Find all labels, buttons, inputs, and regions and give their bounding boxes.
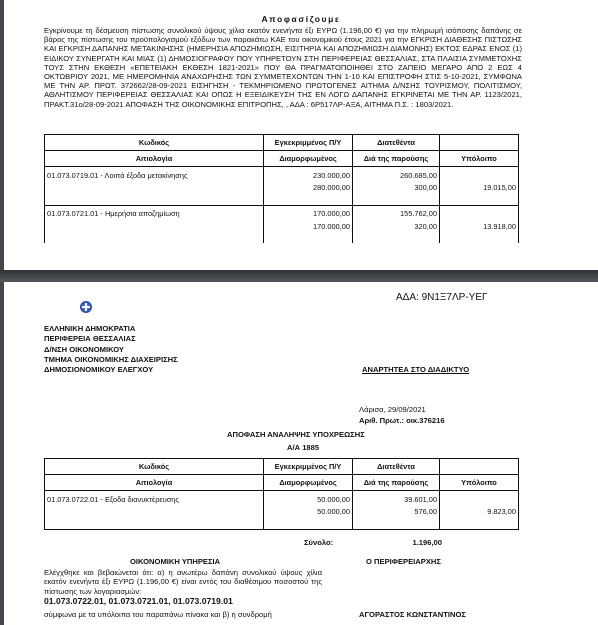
header-approved: Εγκεκριμμένος Π/Υ <box>264 459 353 475</box>
issuing-authority: ΕΛΛΗΝΙΚΗ ΔΗΜΟΚΡΑΤΙΑ ΠΕΡΙΦΕΡΕΙΑ ΘΕΣΣΑΛΙΑΣ… <box>44 324 178 375</box>
cell-empty <box>440 231 519 244</box>
cell-code: 01.073.0719.01 - Λοιπά έξοδα μετακίνησης <box>45 167 264 180</box>
header-shaped: Διαμορφωμένος <box>264 151 353 167</box>
table-header-row: Αιτιολογία Διαμορφωμένος Διά της παρούση… <box>45 475 519 491</box>
cell-remaining: 9.823,00 <box>440 504 519 517</box>
cell-empty <box>264 516 353 529</box>
header-reason: Αιτιολογία <box>45 475 264 491</box>
table-row-spacer <box>45 231 519 244</box>
cell-present: 300,00 <box>353 180 440 193</box>
cell-allocated: 39.601,00 <box>353 491 440 504</box>
cell-code: 01.073.0721.01 - Ημερήσια αποζημίωση <box>45 205 264 218</box>
total-label: Σύνολο: <box>304 538 333 547</box>
authority-line: ΠΕΡΙΦΕΡΕΙΑ ΘΕΣΣΑΛΙΑΣ <box>44 334 178 344</box>
header-allocated: Διατεθέντα <box>353 135 440 151</box>
table-row-spacer <box>45 516 519 529</box>
table-row: 50.000,00 576,00 9.823,00 <box>45 504 519 517</box>
header-code: Κωδικός <box>45 135 264 151</box>
header-present: Διά της παρούσης <box>353 475 440 491</box>
authority-line: ΕΛΛΗΝΙΚΗ ΔΗΜΟΚΡΑΤΙΑ <box>44 324 178 334</box>
table-header-row: Κωδικός Εγκεκριμμένος Π/Υ Διατεθέντα <box>45 135 519 151</box>
page-separator <box>0 270 598 282</box>
finance-service-heading: ΟΙΚΟΝΟΜΙΚΗ ΥΠΗΡΕΣΙΑ <box>130 557 220 566</box>
finance-verification-text-continued: σύμφωνα με τα υπόλοιπα του παραπάνω πίνα… <box>44 610 322 619</box>
cell-approved: 170.000,00 <box>264 205 353 218</box>
cell-empty <box>440 205 519 218</box>
header-present: Διά της παρούσης <box>353 151 440 167</box>
ada-code: ΑΔΑ: 9Ν1Ξ7ΛΡ-ΥΕΓ <box>396 292 488 303</box>
cell-allocated: 155.762,00 <box>353 205 440 218</box>
budget-table-1: Κωδικός Εγκεκριμμένος Π/Υ Διατεθέντα Αιτ… <box>44 134 519 243</box>
cell-empty <box>353 516 440 529</box>
cell-empty <box>264 192 353 205</box>
cell-shaped: 170.000,00 <box>264 218 353 231</box>
header-reason: Αιτιολογία <box>45 151 264 167</box>
cell-empty <box>264 231 353 244</box>
cell-empty <box>45 504 264 517</box>
header-shaped: Διαμορφωμένος <box>264 475 353 491</box>
decision-heading: Αποφασίζουμε <box>4 14 598 24</box>
authority-line: Δ/ΝΣΗ ΟΙΚΟΝΟΜΙΚΟΥ <box>44 345 178 355</box>
header-remaining: Υπόλοιπο <box>440 475 519 491</box>
document-page-1: Αποφασίζουμε Εγκρίνουμε τη δέσμευση πίστ… <box>4 0 598 270</box>
cell-empty <box>45 516 264 529</box>
cell-empty <box>45 231 264 244</box>
header-code: Κωδικός <box>45 459 264 475</box>
cell-empty <box>440 167 519 180</box>
regional-governor-heading: Ο ΠΕΡΙΦΕΡΕΙΑΡΧΗΣ <box>366 557 441 566</box>
cell-empty <box>440 516 519 529</box>
cell-empty <box>440 192 519 205</box>
header-empty <box>440 459 519 475</box>
table-header-row: Αιτιολογία Διαμορφωμένος Διά της παρούση… <box>45 151 519 167</box>
authority-line: ΔΗΜΟΣΙΟΝΟΜΙΚΟΥ ΕΛΕΓΧΟΥ <box>44 365 178 375</box>
total-value: 1.196,00 <box>384 538 442 547</box>
signer-name: ΑΓΟΡΑΣΤΟΣ ΚΩΝΣΤΑΝΤΙΝΟΣ <box>359 610 466 619</box>
header-allocated: Διατεθέντα <box>353 459 440 475</box>
cell-present: 576,00 <box>353 504 440 517</box>
document-page-2: ΑΔΑ: 9Ν1Ξ7ΛΡ-ΥΕΓ ΕΛΛΗΝΙΚΗ ΔΗΜΟΚΡΑΤΙΑ ΠΕΡ… <box>4 282 598 625</box>
decision-title: ΑΠΟΦΑΣΗ ΑΝΑΛΗΨΗΣ ΥΠΟΧΡΕΩΣΗΣ <box>227 430 365 439</box>
cell-shaped: 50.000,00 <box>264 504 353 517</box>
cell-empty <box>440 491 519 504</box>
cell-shaped: 280.000,00 <box>264 180 353 193</box>
cell-code: 01.073.0722.01 - Εξοδα διανυκτέρευσης <box>45 491 264 504</box>
account-codes: 01.073.0722.01, 01.073.0721.01, 01.073.0… <box>44 596 233 606</box>
table-row: 01.073.0719.01 - Λοιπά έξοδα μετακίνησης… <box>45 167 519 180</box>
cell-remaining: 19.015,00 <box>440 180 519 193</box>
cell-empty <box>353 231 440 244</box>
header-remaining: Υπόλοιπο <box>440 151 519 167</box>
table-row-spacer <box>45 192 519 205</box>
table-header-row: Κωδικός Εγκεκριμμένος Π/Υ Διατεθέντα <box>45 459 519 475</box>
header-approved: Εγκεκριμμένος Π/Υ <box>264 135 353 151</box>
budget-table-2: Κωδικός Εγκεκριμμένος Π/Υ Διατεθέντα Αιτ… <box>44 458 519 530</box>
table-row: 01.073.0722.01 - Εξοδα διανυκτέρευσης 50… <box>45 491 519 504</box>
cell-remaining: 13.918,00 <box>440 218 519 231</box>
cell-approved: 50.000,00 <box>264 491 353 504</box>
cell-approved: 230.000,00 <box>264 167 353 180</box>
cell-empty <box>45 180 264 193</box>
cell-allocated: 260.685,00 <box>353 167 440 180</box>
publish-note: ΑΝΑΡΤΗΤΕΑ ΣΤΟ ΔΙΑΔΙΚΤΥΟ <box>362 365 469 374</box>
table-row: 01.073.0721.01 - Ημερήσια αποζημίωση 170… <box>45 205 519 218</box>
authority-line: ΤΜΗΜΑ ΟΙΚΟΝΟΜΙΚΗΣ ΔΙΑΧΕΙΡΙΣΗΣ <box>44 355 178 365</box>
protocol-number: Αριθ. Πρωτ.: οικ.376216 <box>359 416 445 425</box>
table-row: 280.000,00 300,00 19.015,00 <box>45 180 519 193</box>
decision-paragraph: Εγκρίνουμε τη δέσμευση πίστωσης συνολικο… <box>44 26 522 109</box>
cell-empty <box>45 192 264 205</box>
cell-empty <box>45 218 264 231</box>
city-date: Λάρισα, 29/09/2021 <box>359 405 426 414</box>
serial-number: Α/Α 1885 <box>287 443 319 452</box>
header-empty <box>440 135 519 151</box>
table-row: 170.000,00 320,00 13.918,00 <box>45 218 519 231</box>
cell-present: 320,00 <box>353 218 440 231</box>
finance-verification-text: Ελέγχθηκε και βεβαιώνεται ότι: α) η ανωτ… <box>44 568 322 596</box>
coat-of-arms-icon <box>80 301 92 313</box>
cell-empty <box>353 192 440 205</box>
